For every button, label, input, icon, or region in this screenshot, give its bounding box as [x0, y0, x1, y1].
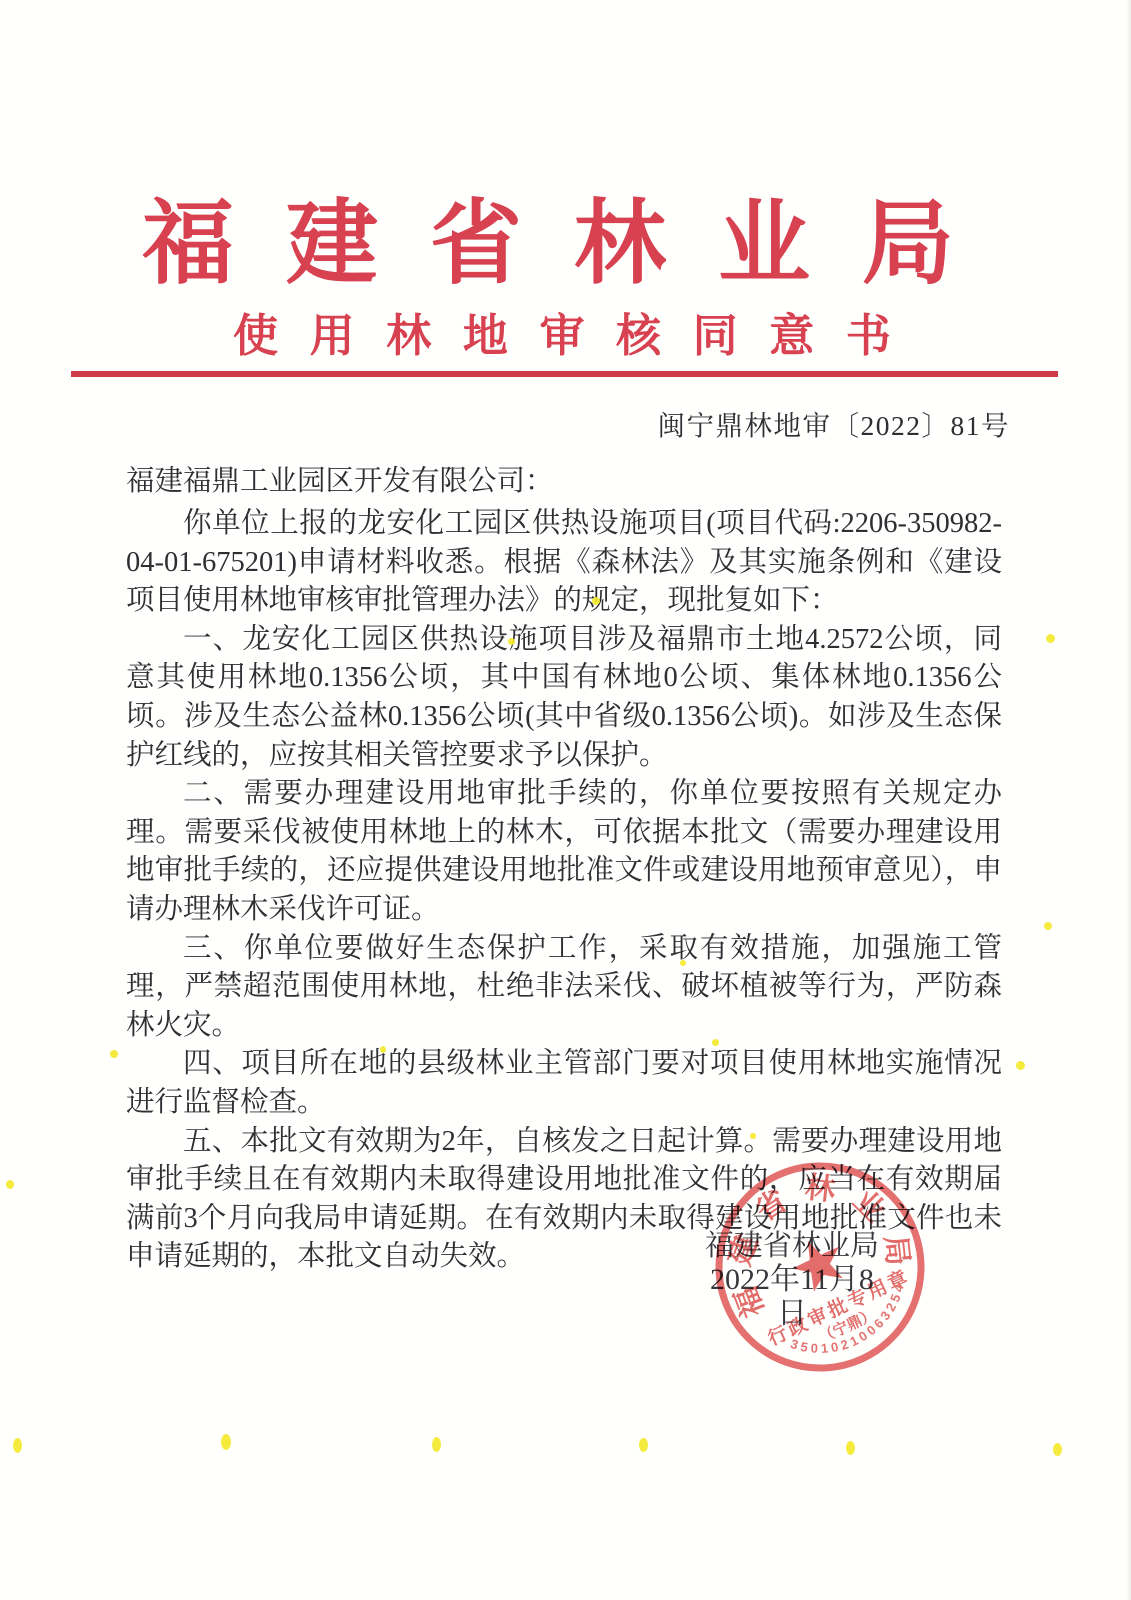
title-char: 业 — [718, 198, 810, 290]
paragraph-item-1: 一、龙安化工园区供热设施项目涉及福鼎市土地4.2572公顷，同意其使用林地0.1… — [126, 621, 1002, 775]
scan-artifact-dot — [1016, 1061, 1025, 1070]
signature-block: 福建省林业局 2022年11月8日 — [700, 1229, 884, 1331]
subtitle-char: 书 — [846, 314, 891, 359]
title-char: 建 — [286, 198, 378, 290]
scan-artifact-dot — [110, 1050, 118, 1058]
scan-artifact-dot — [13, 1438, 22, 1453]
scan-artifact-dot — [1044, 922, 1052, 930]
subtitle-char: 审 — [539, 314, 584, 359]
scan-artifact-dot — [1046, 634, 1055, 643]
subtitle-char: 同 — [693, 314, 738, 359]
title-char: 福 — [142, 198, 234, 290]
paragraph-intro: 你单位上报的龙安化工园区供热设施项目(项目代码:2206-350982-04-0… — [126, 505, 1002, 621]
scan-artifact-dot — [432, 1437, 441, 1452]
subtitle-char: 林 — [386, 314, 431, 359]
scan-artifact-dot — [6, 1180, 14, 1189]
signature-date: 2022年11月8日 — [700, 1263, 884, 1331]
paragraph-item-2: 二、需要办理建设用地审批手续的，你单位要按照有关规定办理。需要采伐被使用林地上的… — [126, 775, 1002, 929]
subtitle-char: 用 — [310, 314, 355, 359]
title-char: 林 — [574, 198, 666, 290]
signature-org: 福建省林业局 — [700, 1229, 884, 1263]
subtitle-char: 意 — [769, 314, 814, 359]
scan-artifact-dot — [846, 1441, 855, 1455]
recipient-line: 福建福鼎工业园区开发有限公司： — [126, 464, 554, 500]
document-number: 闽宁鼎林地审〔2022〕81号 — [658, 409, 1011, 443]
letterhead-title: 福 建 省 林 业 局 — [142, 198, 954, 290]
scanned-document-page: 福 建 省 林 业 局 使 用 林 地 审 核 同 意 书 闽宁鼎林地审〔202… — [0, 0, 1131, 1600]
scan-artifact-dot — [1053, 1443, 1062, 1456]
title-char: 局 — [862, 198, 954, 290]
letterhead-subtitle: 使 用 林 地 审 核 同 意 书 — [233, 314, 891, 359]
paragraph-item-4: 四、项目所在地的县级林业主管部门要对项目使用林地实施情况进行监督检查。 — [126, 1045, 1002, 1122]
letterhead-divider-rule — [71, 371, 1058, 377]
subtitle-char: 使 — [233, 314, 278, 359]
scan-artifact-dot — [221, 1434, 231, 1450]
title-char: 省 — [430, 198, 522, 290]
subtitle-char: 核 — [616, 314, 661, 359]
scan-artifact-dot — [639, 1438, 648, 1452]
paragraph-item-3: 三、你单位要做好生态保护工作，采取有效措施，加强施工管理，严禁超范围使用林地，杜… — [126, 930, 1002, 1046]
subtitle-char: 地 — [463, 314, 508, 359]
document-body: 你单位上报的龙安化工园区供热设施项目(项目代码:2206-350982-04-0… — [126, 505, 1002, 1277]
